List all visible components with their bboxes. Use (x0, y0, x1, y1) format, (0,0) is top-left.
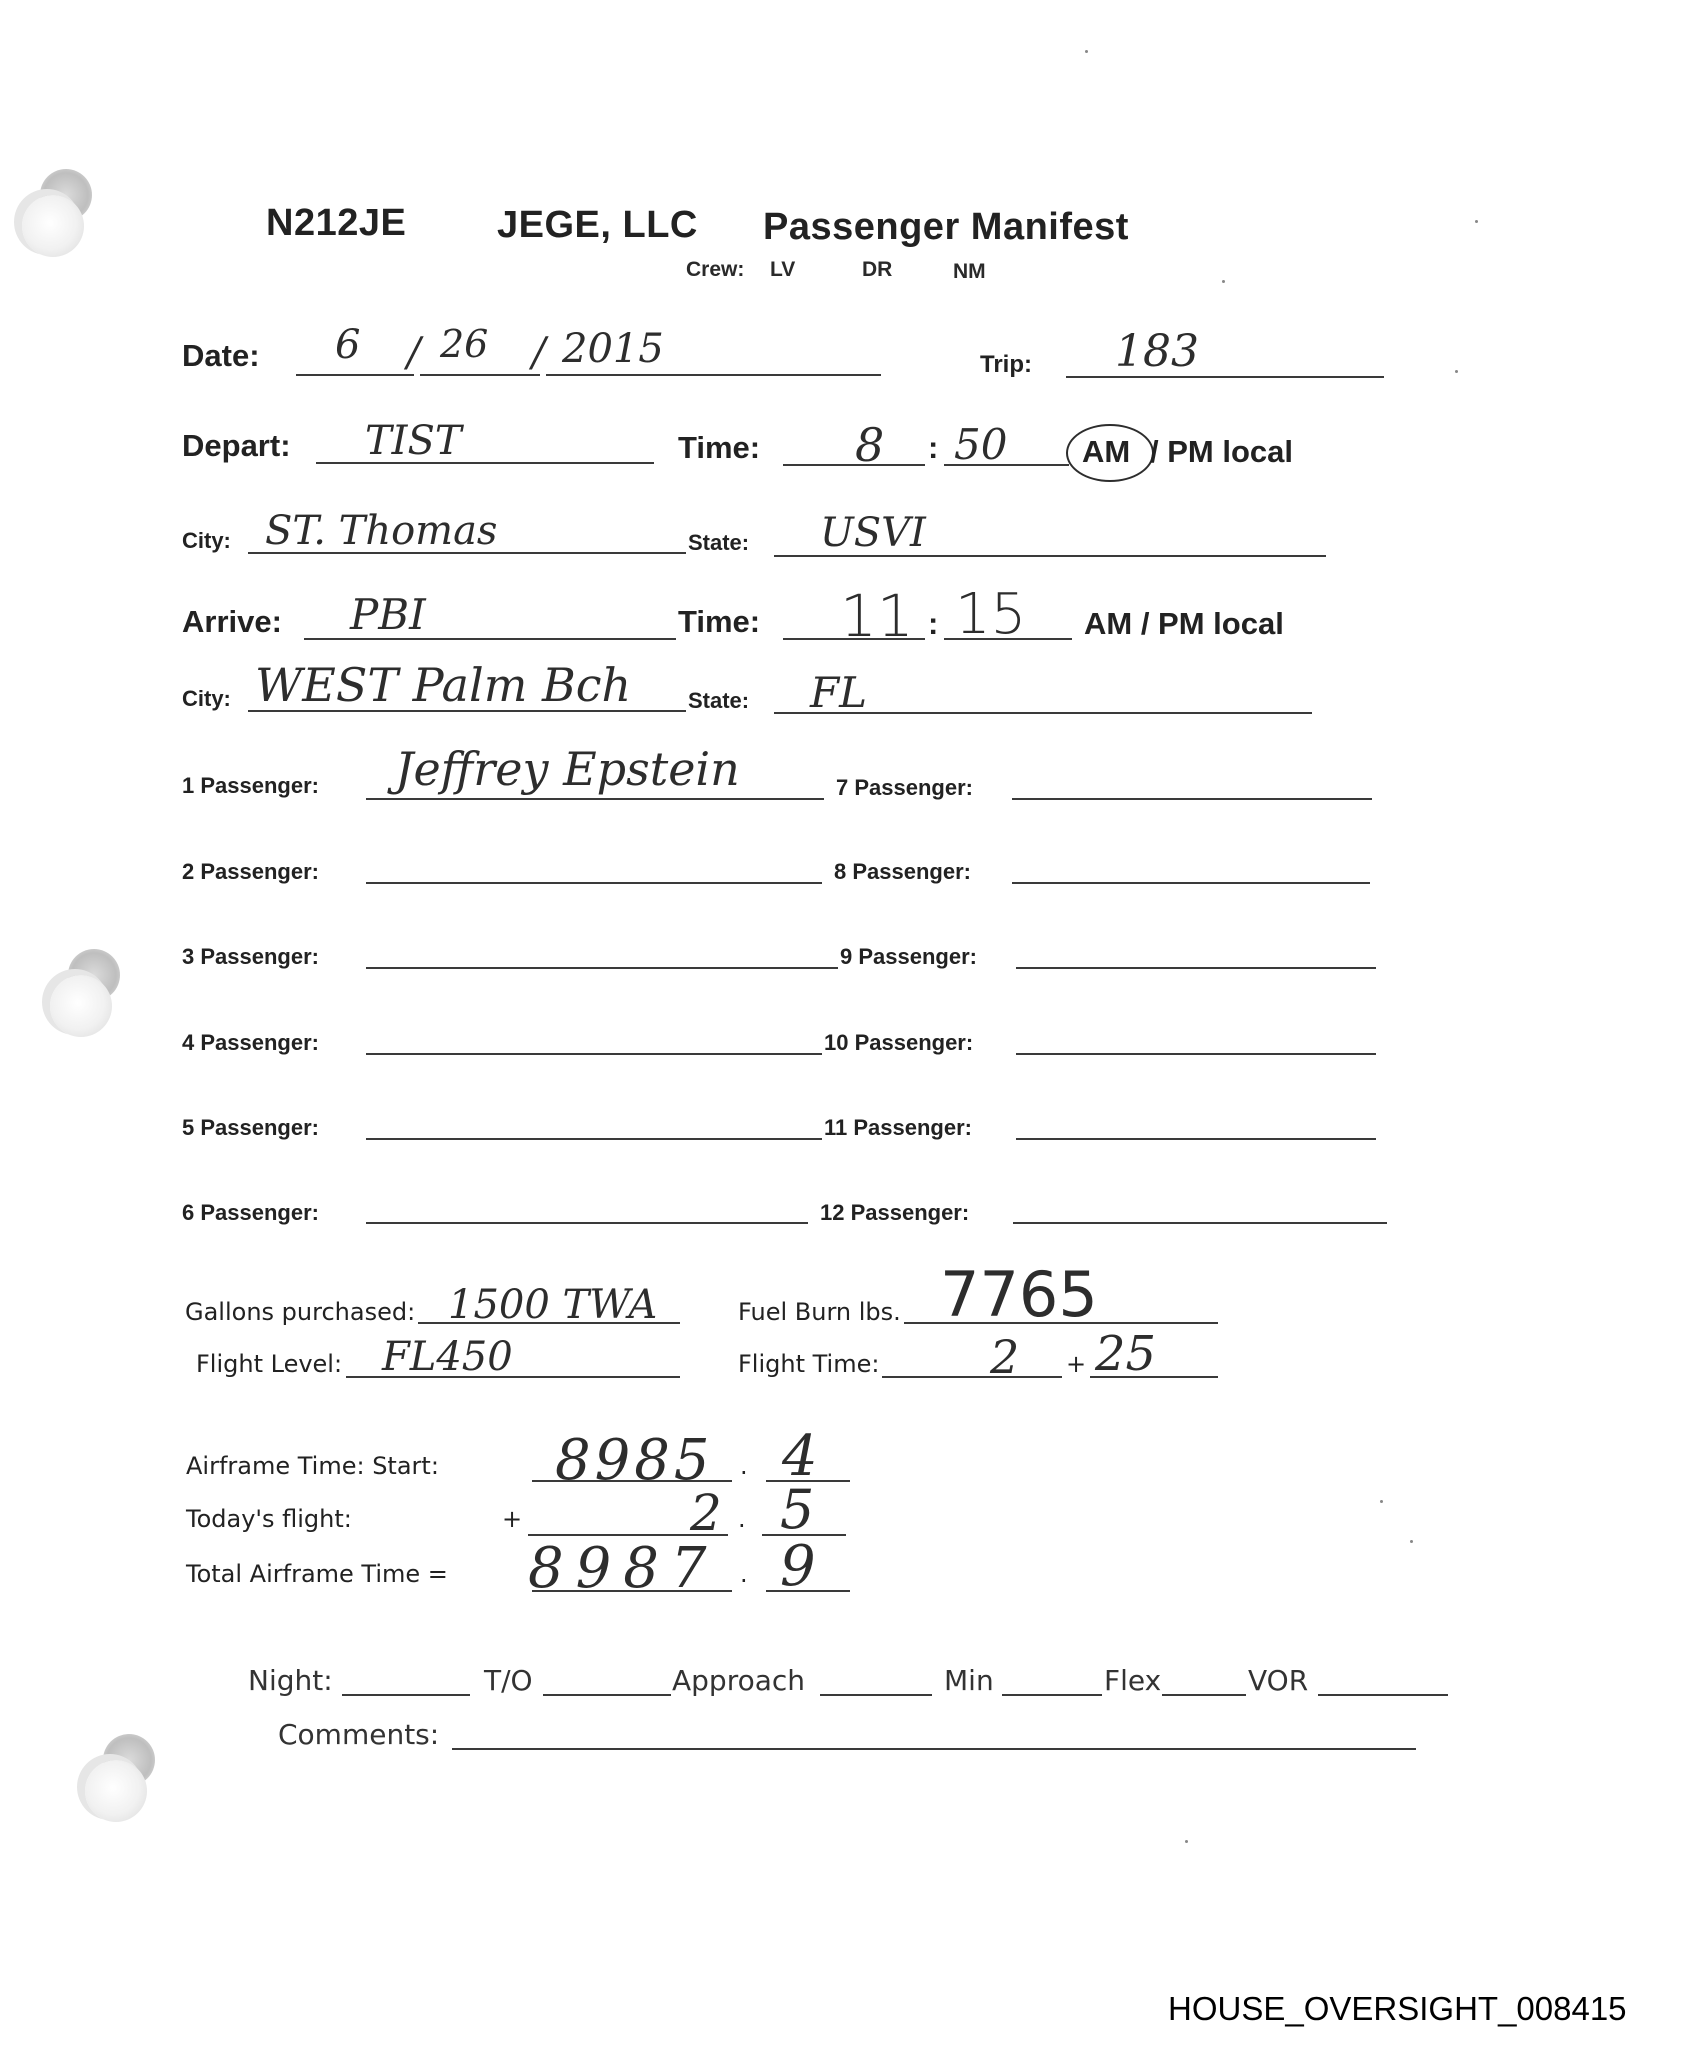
depart-minute-value: 50 (954, 420, 1007, 469)
company-name: JEGE, LLC (497, 204, 698, 247)
flight-time-minutes-value: 25 (1095, 1326, 1156, 1382)
flight-level-label: Flight Level: (196, 1350, 342, 1378)
bates-number: HOUSE_OVERSIGHT_008415 (1168, 1990, 1627, 2028)
fuel-burn-value: 7765 (940, 1258, 1098, 1331)
passenger-9-label: 9 Passenger: (840, 944, 977, 970)
vor-field[interactable] (1318, 1694, 1448, 1696)
date-separator: / (407, 330, 420, 376)
approach-field[interactable] (820, 1694, 932, 1696)
crew-member: DR (862, 258, 892, 282)
binder-hole-top (22, 195, 84, 257)
passenger-4-label: 4 Passenger: (182, 1030, 319, 1056)
night-field[interactable] (342, 1694, 470, 1696)
date-label: Date: (182, 338, 260, 374)
passenger-10-field[interactable] (1016, 1053, 1376, 1055)
passenger-1-value: Jeffrey Epstein (395, 742, 740, 796)
gallons-purchased-label: Gallons purchased: (185, 1298, 415, 1326)
date-day-value: 26 (440, 322, 488, 366)
passenger-2-label: 2 Passenger: (182, 859, 319, 885)
depart-pm-local[interactable]: / PM local (1150, 434, 1293, 470)
passenger-5-field[interactable] (366, 1138, 822, 1140)
date-month-field[interactable] (296, 374, 414, 376)
arrive-city-label: City: (182, 686, 231, 712)
passenger-1-label: 1 Passenger: (182, 773, 319, 799)
date-year-value: 2015 (562, 326, 664, 372)
date-day-field[interactable] (420, 374, 540, 376)
todays-flight-tenth-value: 5 (780, 1478, 814, 1541)
flex-label: Flex (1104, 1664, 1161, 1697)
total-airframe-dot: . (740, 1560, 748, 1588)
night-label: Night: (248, 1664, 333, 1697)
vor-label: VOR (1248, 1664, 1308, 1697)
passenger-8-label: 8 Passenger: (834, 859, 971, 885)
passenger-2-field[interactable] (366, 882, 822, 884)
time-colon: : (928, 430, 938, 466)
passenger-4-field[interactable] (366, 1053, 822, 1055)
passenger-6-field[interactable] (366, 1222, 808, 1224)
passenger-12-label: 12 Passenger: (820, 1200, 969, 1226)
arrive-value: PBI (350, 590, 426, 639)
trip-value: 183 (1115, 326, 1199, 377)
depart-state-value: USVI (820, 510, 926, 556)
takeoff-field[interactable] (543, 1694, 671, 1696)
todays-flight-plus: + (502, 1505, 522, 1533)
fuel-burn-label: Fuel Burn lbs. (738, 1298, 901, 1326)
scan-speck (1185, 1840, 1188, 1843)
passenger-10-label: 10 Passenger: (824, 1030, 973, 1056)
arrive-city-value: WEST Palm Bch (255, 658, 631, 712)
binder-hole-middle (50, 975, 112, 1037)
flight-time-hours-field[interactable] (882, 1376, 1062, 1378)
arrive-state-value: FL (810, 668, 867, 717)
flex-field[interactable] (1162, 1694, 1246, 1696)
todays-flight-dot: . (738, 1505, 746, 1533)
depart-time-label: Time: (678, 430, 760, 466)
airframe-start-label: Airframe Time: Start: (186, 1452, 439, 1480)
total-airframe-tenth-value: 9 (780, 1534, 816, 1599)
passenger-3-field[interactable] (366, 967, 838, 969)
arrive-hour-value: 11 (840, 582, 914, 650)
passenger-9-field[interactable] (1016, 967, 1376, 969)
depart-hour-value: 8 (855, 418, 884, 472)
binder-hole-bottom (85, 1760, 147, 1822)
crew-member: LV (770, 258, 795, 282)
flight-time-hours-value: 2 (990, 1330, 1019, 1384)
flight-level-value: FL450 (382, 1334, 513, 1380)
crew-label: Crew: (686, 258, 744, 282)
passenger-6-label: 6 Passenger: (182, 1200, 319, 1226)
passenger-3-label: 3 Passenger: (182, 944, 319, 970)
todays-flight-label: Today's flight: (186, 1505, 352, 1533)
todays-flight-whole-value: 2 (690, 1484, 722, 1542)
time-colon: : (928, 606, 938, 642)
arrive-time-label: Time: (678, 604, 760, 640)
depart-city-label: City: (182, 528, 231, 554)
passenger-1-field[interactable] (366, 798, 824, 800)
depart-label: Depart: (182, 428, 291, 464)
passenger-7-label: 7 Passenger: (836, 775, 973, 801)
arrive-state-label: State: (688, 688, 749, 714)
min-field[interactable] (1002, 1694, 1102, 1696)
date-separator: / (532, 330, 545, 376)
trip-label: Trip: (980, 351, 1032, 379)
depart-am-option[interactable]: AM (1082, 434, 1130, 470)
min-label: Min (944, 1664, 994, 1697)
scan-speck (1085, 50, 1088, 53)
arrive-ampm-options[interactable]: AM / PM local (1084, 606, 1284, 642)
passenger-12-field[interactable] (1013, 1222, 1387, 1224)
passenger-5-label: 5 Passenger: (182, 1115, 319, 1141)
flight-time-label: Flight Time: (738, 1350, 879, 1378)
depart-state-label: State: (688, 530, 749, 556)
depart-hour-field[interactable] (783, 464, 925, 466)
tail-number: N212JE (266, 202, 406, 245)
flight-time-plus: + (1066, 1350, 1086, 1378)
airframe-start-dot: . (740, 1452, 748, 1480)
date-month-value: 6 (335, 322, 360, 368)
arrive-label: Arrive: (182, 604, 282, 640)
total-airframe-label: Total Airframe Time = (186, 1560, 448, 1588)
form-title: Passenger Manifest (763, 206, 1129, 249)
passenger-11-field[interactable] (1016, 1138, 1376, 1140)
passenger-8-field[interactable] (1012, 882, 1370, 884)
passenger-11-label: 11 Passenger: (824, 1115, 972, 1141)
passenger-7-field[interactable] (1012, 798, 1372, 800)
scan-speck (1222, 280, 1225, 283)
scan-speck (1380, 1500, 1383, 1503)
gallons-purchased-value: 1500 TWA (448, 1282, 657, 1328)
scan-speck (1410, 1540, 1413, 1543)
depart-value: TIST (365, 418, 462, 464)
takeoff-label: T/O (484, 1664, 533, 1697)
date-year-field[interactable] (546, 374, 881, 376)
depart-city-value: ST. Thomas (265, 508, 497, 554)
arrive-minute-value: 15 (955, 582, 1026, 647)
crew-member: NM (953, 260, 986, 284)
comments-field[interactable] (452, 1748, 1416, 1750)
comments-label: Comments: (278, 1718, 439, 1751)
scan-speck (1475, 220, 1478, 223)
total-airframe-whole-value: 8987 (528, 1536, 719, 1601)
trip-field[interactable] (1066, 376, 1384, 378)
scan-speck (1455, 370, 1458, 373)
approach-label: Approach (672, 1664, 805, 1697)
